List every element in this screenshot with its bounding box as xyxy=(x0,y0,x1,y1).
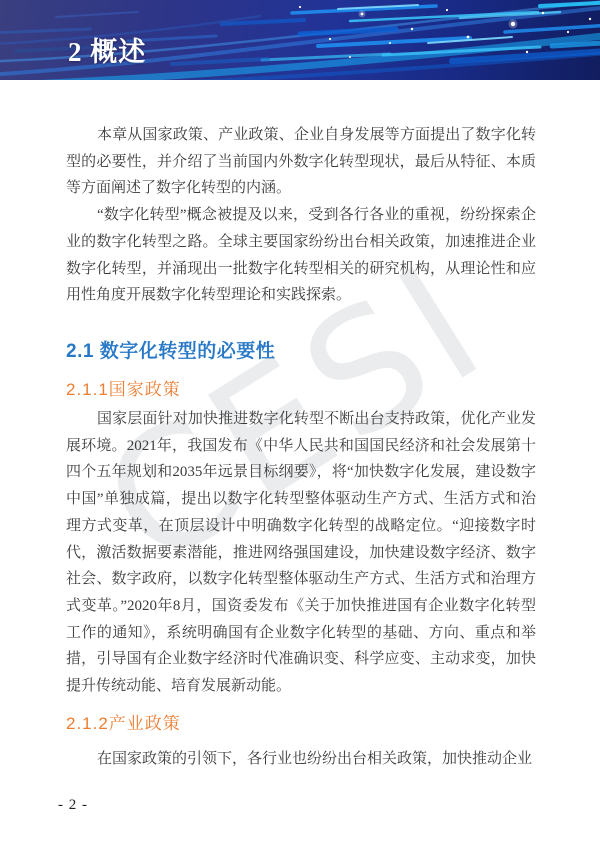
paragraph-industry-policy: 在国家政策的引领下，各行业也纷纷出台相关政策，加快推动企业 xyxy=(66,746,536,773)
paragraph-chapter-intro: 本章从国家政策、产业政策、企业自身发展等方面提出了数字化转型的必要性，并介绍了当… xyxy=(66,122,536,202)
chapter-title: 2 概述 xyxy=(68,30,146,69)
subsection-heading-industry-policy: 2.1.2产业政策 xyxy=(66,709,181,734)
paragraph-transformation-overview: “数字化转型”概念被提及以来，受到各行各业的重视，纷纷探索企业的数字化转型之路。… xyxy=(66,202,536,309)
intro-text-block: 本章从国家政策、产业政策、企业自身发展等方面提出了数字化转型的必要性，并介绍了当… xyxy=(66,122,536,309)
chapter-banner: 2 概述 xyxy=(0,0,600,80)
subsection-heading-national-policy: 2.1.1国家政策 xyxy=(66,375,181,400)
section-heading-necessity: 2.1 数字化转型的必要性 xyxy=(66,336,275,363)
paragraph-national-policy: 国家层面针对加快推进数字化转型不断出台支持政策，优化产业发展环境。2021年，我… xyxy=(66,406,536,700)
page-number: - 2 - xyxy=(58,797,88,814)
document-page: 2 概述 CESI 本章从国家政策、产业政策、企业自身发展等方面提出了数字化转型… xyxy=(0,0,600,851)
